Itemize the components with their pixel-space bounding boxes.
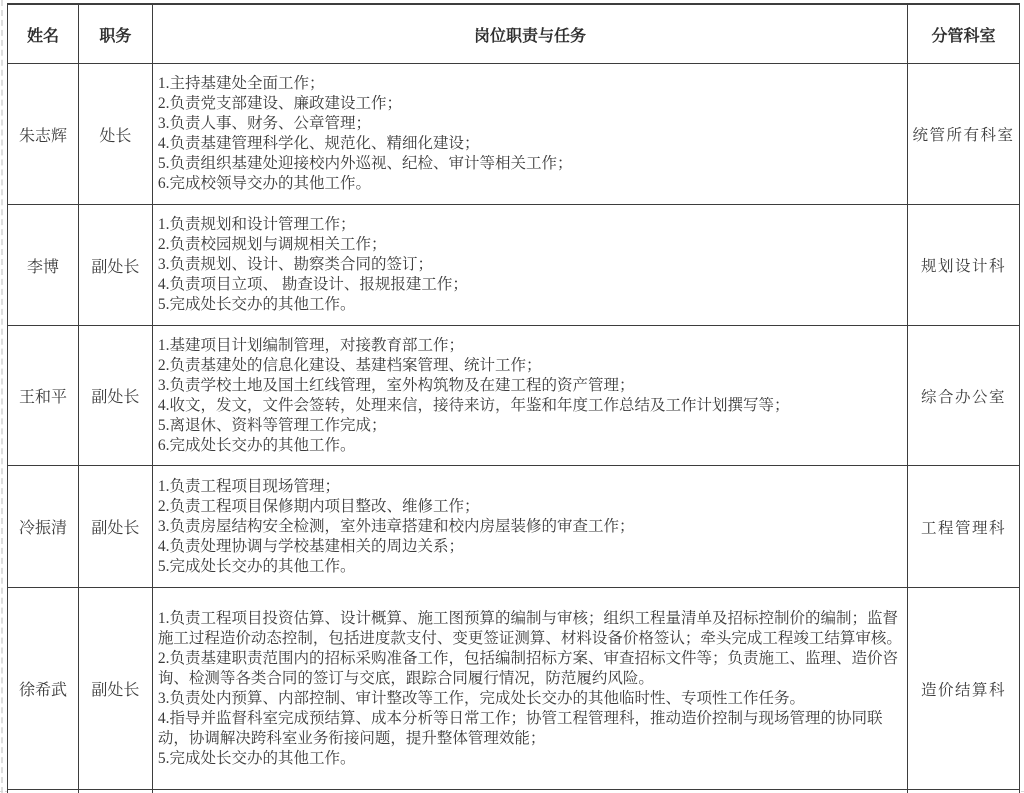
dept-cell: 规划设计科	[908, 205, 1020, 326]
duty-item: 4.收文，发文，文件会签转，处理来信，接待来访，年鉴和年度工作总结及工作计划撰写…	[158, 396, 903, 416]
header-dept: 分管科室	[908, 5, 1020, 64]
header-duties: 岗位职责与任务	[153, 5, 908, 64]
duty-item: 3.负责学校土地及国土红线管理，室外构筑物及在建工程的资产管理；	[158, 376, 903, 396]
duty-item: 4.指导并监督科室完成预结算、成本分析等日常工作；协管工程管理科，推动造价控制与…	[158, 709, 903, 749]
duty-item: 2.负责党支部建设、廉政建设工作；	[158, 94, 903, 114]
title-cell: 副处长	[79, 205, 153, 326]
duties-cell: 1.负责工程项目现场管理； 2.负责工程项目保修期内项目整改、维修工作； 3.负…	[153, 466, 908, 588]
duty-table: 姓名 职务 岗位职责与任务 分管科室 朱志辉 处长 1.主持基建处全面工作； 2…	[7, 3, 1020, 793]
name-cell: 徐希武	[8, 588, 79, 790]
title-cell: 副处长	[79, 326, 153, 466]
duty-item: 4.负责基建管理科学化、规范化、精细化建设；	[158, 134, 903, 154]
name-cell: 王和平	[8, 326, 79, 466]
duty-item: 5.完成处长交办的其他工作。	[158, 295, 903, 315]
duty-item: 4.负责项目立项、 勘查设计、报规报建工作；	[158, 275, 903, 295]
duty-item: 3.负责处内预算、内部控制、审计整改等工作，完成处长交办的其他临时性、专项性工作…	[158, 689, 903, 709]
title-cell: 副处长	[79, 466, 153, 588]
title-cell: 副处长	[79, 588, 153, 790]
dept-cell: 统管所有科室	[908, 64, 1020, 205]
duty-item: 2.负责基建处的信息化建设、基建档案管理、统计工作；	[158, 356, 903, 376]
duty-item: 6.完成处长交办的其他工作。	[158, 436, 903, 456]
name-cell: 冷振清	[8, 466, 79, 588]
duty-item: 6.完成校领导交办的其他工作。	[158, 174, 903, 194]
table-header-row: 姓名 职务 岗位职责与任务 分管科室	[8, 5, 1020, 64]
name-cell: 李博	[8, 205, 79, 326]
page-edge-left-artifact	[1, 0, 3, 793]
duty-item: 3.负责房屋结构安全检测，室外违章搭建和校内房屋装修的审查工作；	[158, 517, 903, 537]
table-row: 李博 副处长 1.负责规划和设计管理工作； 2.负责校园规划与调规相关工作； 3…	[8, 205, 1020, 326]
table-row: 徐希武 副处长 1.负责工程项目投资估算、设计概算、施工图预算的编制与审核；组织…	[8, 588, 1020, 790]
duty-item: 4.负责处理协调与学校基建相关的周边关系；	[158, 537, 903, 557]
duties-cell: 1.主持基建处全面工作； 2.负责党支部建设、廉政建设工作； 3.负责人事、财务…	[153, 64, 908, 205]
duty-item: 2.负责工程项目保修期内项目整改、维修工作；	[158, 497, 903, 517]
duty-item: 1.负责工程项目投资估算、设计概算、施工图预算的编制与审核；组织工程量清单及招标…	[158, 609, 903, 649]
duties-cell: 1.基建项目计划编制管理，对接教育部工作； 2.负责基建处的信息化建设、基建档案…	[153, 326, 908, 466]
duties-cell: 1.负责工程项目投资估算、设计概算、施工图预算的编制与审核；组织工程量清单及招标…	[153, 588, 908, 790]
dept-cell: 工程管理科	[908, 466, 1020, 588]
title-cell: 处长	[79, 64, 153, 205]
duty-item: 1.负责工程项目现场管理；	[158, 477, 903, 497]
document-page: 姓名 职务 岗位职责与任务 分管科室 朱志辉 处长 1.主持基建处全面工作； 2…	[0, 0, 1024, 793]
duty-item: 3.负责规划、设计、勘察类合同的签订；	[158, 255, 903, 275]
table-row: 朱志辉 处长 1.主持基建处全面工作； 2.负责党支部建设、廉政建设工作； 3.…	[8, 64, 1020, 205]
name-cell: 朱志辉	[8, 64, 79, 205]
duty-item: 2.负责校园规划与调规相关工作；	[158, 235, 903, 255]
header-title: 职务	[79, 5, 153, 64]
duty-item: 5.负责组织基建处迎接校内外巡视、纪检、审计等相关工作；	[158, 154, 903, 174]
duty-item: 3.负责人事、财务、公章管理；	[158, 114, 903, 134]
duty-item: 2.负责基建职责范围内的招标采购准备工作，包括编制招标方案、审查招标文件等；负责…	[158, 649, 903, 689]
duty-item: 5.完成处长交办的其他工作。	[158, 557, 903, 577]
table-row: 王和平 副处长 1.基建项目计划编制管理，对接教育部工作； 2.负责基建处的信息…	[8, 326, 1020, 466]
duties-cell: 1.负责规划和设计管理工作； 2.负责校园规划与调规相关工作； 3.负责规划、设…	[153, 205, 908, 326]
duty-item: 5.离退休、资料等管理工作完成；	[158, 416, 903, 436]
duty-item: 1.主持基建处全面工作；	[158, 74, 903, 94]
duty-item: 1.负责规划和设计管理工作；	[158, 215, 903, 235]
dept-cell: 综合办公室	[908, 326, 1020, 466]
duty-item: 1.基建项目计划编制管理，对接教育部工作；	[158, 336, 903, 356]
table-row: 冷振清 副处长 1.负责工程项目现场管理； 2.负责工程项目保修期内项目整改、维…	[8, 466, 1020, 588]
duty-item: 5.完成处长交办的其他工作。	[158, 749, 903, 769]
header-name: 姓名	[8, 5, 79, 64]
dept-cell: 造价结算科	[908, 588, 1020, 790]
